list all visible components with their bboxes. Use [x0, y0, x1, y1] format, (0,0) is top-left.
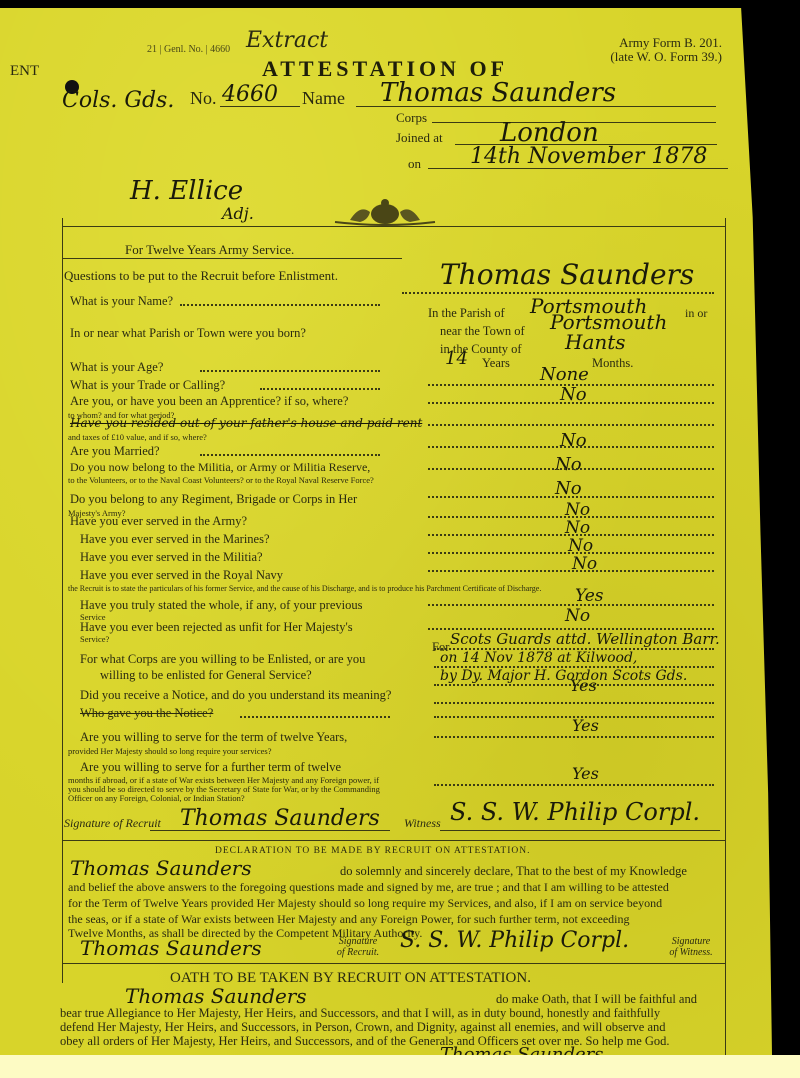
- attestation-form: ENT 21 | Genl. No. | 4660 Extract ATTEST…: [0, 8, 772, 1055]
- question-rejected: Have you ever been rejected as unfit for…: [80, 620, 353, 635]
- oath-recruit-name: Thomas Saunders: [125, 984, 307, 1008]
- answer-corps-line1: Scots Guards attd. Wellington Barr.: [450, 630, 720, 648]
- recruit-signature-caption: Signature of Recruit.: [322, 936, 394, 958]
- answer-name: Thomas Saunders: [440, 258, 694, 291]
- question-twelve-years-sub: provided Her Majesty should so long requ…: [68, 746, 271, 756]
- question-served-navy: Have you ever served in the Royal Navy: [80, 568, 283, 583]
- declaration-line-1: do solemnly and sincerely declare, That …: [340, 864, 687, 879]
- question-regiment: Do you belong to any Regiment, Brigade o…: [70, 492, 357, 507]
- answer-previous-service: Yes: [575, 586, 604, 606]
- witness-label: Witness: [404, 816, 441, 831]
- questions-heading: Questions to be put to the Recruit befor…: [64, 268, 338, 284]
- number-value: 4660: [222, 82, 278, 107]
- question-served-militia: Have you ever served in the Militia?: [80, 550, 263, 565]
- witness-signature-caption: Signature of Witness.: [658, 936, 724, 958]
- officer-signature: H. Ellice: [130, 176, 243, 206]
- question-married: Are you Married?: [70, 444, 160, 459]
- question-apprentice: Are you, or have you been an Apprentice?…: [70, 394, 348, 409]
- parish-label: In the Parish of: [428, 306, 505, 321]
- corps-label: Corps: [396, 110, 427, 126]
- question-further-term-sub: months if abroad, or if a state of War e…: [68, 776, 388, 803]
- declaration-recruit-name: Thomas Saunders: [70, 856, 252, 880]
- years-label: Years: [482, 356, 510, 371]
- general-number: 21 | Genl. No. | 4660: [147, 44, 230, 55]
- former-service-note: the Recruit is to state the particulars …: [68, 584, 541, 593]
- question-previous-service: Have you truly stated the whole, if any,…: [80, 598, 362, 613]
- service-term-heading: For Twelve Years Army Service.: [125, 242, 294, 258]
- answer-further-term: Yes: [572, 764, 599, 783]
- declaration-recruit-signature: Thomas Saunders: [80, 936, 262, 960]
- corps-abbrev: Cols. Gds.: [62, 88, 174, 113]
- question-birthplace: In or near what Parish or Town were you …: [70, 326, 306, 341]
- extract-note: Extract: [246, 28, 328, 53]
- answer-notice: Yes: [570, 676, 597, 695]
- question-name: What is your Name?: [70, 294, 173, 309]
- answer-rejected: No: [565, 606, 590, 626]
- question-served-army: Have you ever served in the Army?: [70, 514, 247, 529]
- recruit-signature-label: Signature of Recruit: [64, 816, 161, 831]
- answer-trade: None: [540, 364, 589, 385]
- officer-title: Adj.: [222, 204, 254, 223]
- question-militia-reserve-sub: to the Volunteers, or to the Naval Coast…: [68, 476, 388, 485]
- question-who-gave-notice: Who gave you the Notice?: [80, 706, 213, 721]
- declaration-line-3: for the Term of Twelve Years provided He…: [68, 896, 662, 911]
- question-resided-sub: and taxes of £10 value, and if so, where…: [68, 432, 207, 442]
- recruit-signature: Thomas Saunders: [180, 806, 380, 831]
- question-rejected-sub: Service?: [80, 634, 109, 644]
- answer-county: Hants: [565, 330, 626, 354]
- question-resided-struck: Have you resided out of your father's ho…: [70, 416, 422, 430]
- question-militia-reserve: Do you now belong to the Militia, or Arm…: [70, 460, 370, 475]
- question-trade: What is your Trade or Calling?: [70, 378, 225, 393]
- name-label: Name: [302, 88, 345, 109]
- oath-line-2: bear true Allegiance to Her Majesty, Her…: [60, 1006, 660, 1021]
- oath-signature-partial: Thomas Saunders: [440, 1044, 603, 1065]
- question-further-term: Are you willing to serve for a further t…: [80, 760, 341, 775]
- question-corps: For what Corps are you willing to be Enl…: [80, 652, 365, 667]
- question-twelve-years: Are you willing to serve for the term of…: [80, 730, 347, 745]
- answer-twelve-years: Yes: [572, 716, 599, 735]
- question-notice: Did you receive a Notice, and do you und…: [80, 688, 391, 703]
- answer-corps-line3: by Dy. Major H. Gordon Scots Gds.: [440, 668, 687, 684]
- on-value: 14th November 1878: [470, 144, 707, 169]
- army-form-ref: Army Form B. 201. (late W. O. Form 39.): [596, 36, 722, 64]
- royal-coat-of-arms-icon: [330, 198, 440, 226]
- answer-militia-reserve: No: [555, 454, 582, 475]
- declaration-witness-signature: S. S. W. Philip Corpl.: [400, 928, 629, 953]
- town-label: near the Town of: [440, 324, 525, 339]
- declaration-heading: DECLARATION TO BE MADE BY RECRUIT ON ATT…: [215, 846, 530, 856]
- answer-age-years: 14: [445, 348, 468, 369]
- witness-signature: S. S. W. Philip Corpl.: [450, 798, 700, 826]
- question-age: What is your Age?: [70, 360, 163, 375]
- question-corps-line2: willing to be enlisted for General Servi…: [100, 668, 312, 683]
- joined-at-label: Joined at: [396, 130, 443, 146]
- declaration-line-4: the seas, or if a state of War exists be…: [68, 912, 630, 927]
- oath-line-1: do make Oath, that I will be faithful an…: [496, 992, 697, 1007]
- months-label: Months.: [592, 356, 633, 371]
- margin-label: ENT: [10, 63, 39, 80]
- oath-line-3: defend Her Majesty, Her Heirs, and Succe…: [60, 1020, 666, 1035]
- answer-corps-line2: on 14 Nov 1878 at Kilwood,: [440, 650, 637, 666]
- on-label: on: [408, 156, 421, 172]
- in-or-label: in or: [685, 306, 707, 321]
- question-served-marines: Have you ever served in the Marines?: [80, 532, 270, 547]
- declaration-line-2: and belief the above answers to the fore…: [68, 880, 669, 895]
- number-label: No.: [190, 88, 217, 109]
- name-value: Thomas Saunders: [380, 78, 616, 108]
